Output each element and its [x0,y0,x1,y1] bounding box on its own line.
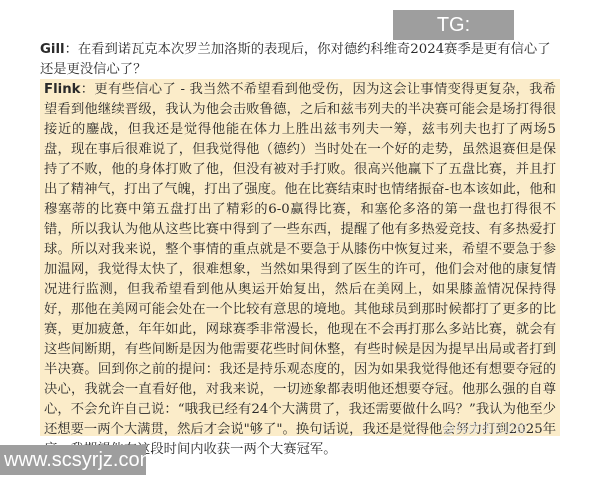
weibo-watermark: @网球球员追踪 [443,420,527,437]
interview-answer: Flink：更有些信心了 - 我当然不希望看到他受伤，因为这会让事情变得更复杂，… [44,80,556,460]
site-watermark: www.scsyrjz.com [0,445,146,475]
answer-speaker: Flink [44,82,81,97]
interview-question: Gill：在看到诺瓦克本次罗兰加洛斯的表现后，你对德约科维奇2024赛季是更有信… [40,40,560,80]
question-text: 在看到诺瓦克本次罗兰加洛斯的表现后，你对德约科维奇2024赛季是更有信心了还是更… [40,42,551,77]
tg-watermark: TG: MYYJJPP [393,10,514,40]
answer-separator: ： [81,82,95,97]
question-separator: ： [65,42,78,57]
answer-text: 更有些信心了 - 我当然不希望看到他受伤，因为这会让事情变得更复杂，我希望看到他… [44,82,556,457]
question-speaker: Gill [40,42,65,57]
